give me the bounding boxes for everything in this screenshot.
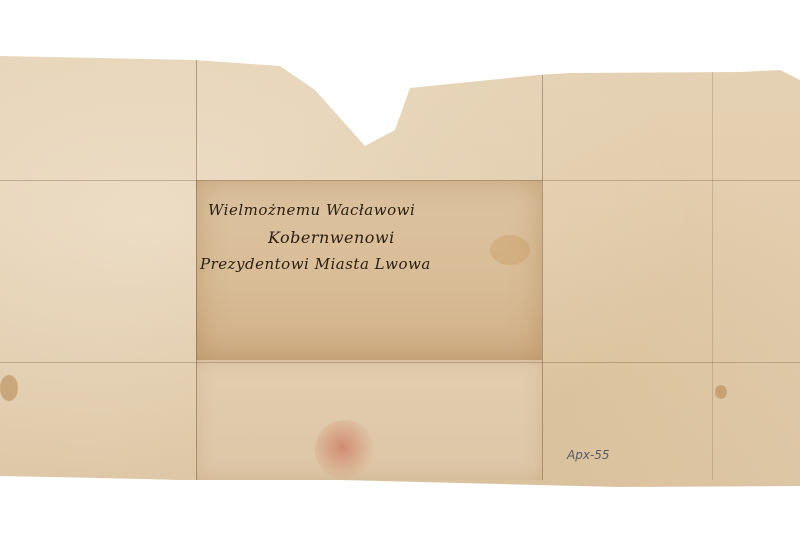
stain	[715, 385, 727, 399]
fold-line	[196, 60, 197, 480]
address-line-2: Kobernwenowi	[268, 228, 395, 247]
paper	[0, 0, 800, 550]
stain	[0, 375, 18, 401]
fold-line	[712, 60, 713, 480]
stain	[490, 235, 530, 265]
address-line-3: Prezydentowi Miasta Lwowa	[200, 255, 431, 273]
address-line-1: Wielmożnemu Wacławowi	[208, 201, 415, 219]
wax-seal	[315, 420, 375, 480]
fold-line	[0, 362, 800, 363]
letter-sheet: Wielmożnemu Wacławowi Kobernwenowi Prezy…	[0, 0, 800, 550]
fold-line	[542, 60, 543, 480]
fold-line	[0, 180, 800, 181]
archive-mark: Apx-55	[567, 448, 610, 462]
